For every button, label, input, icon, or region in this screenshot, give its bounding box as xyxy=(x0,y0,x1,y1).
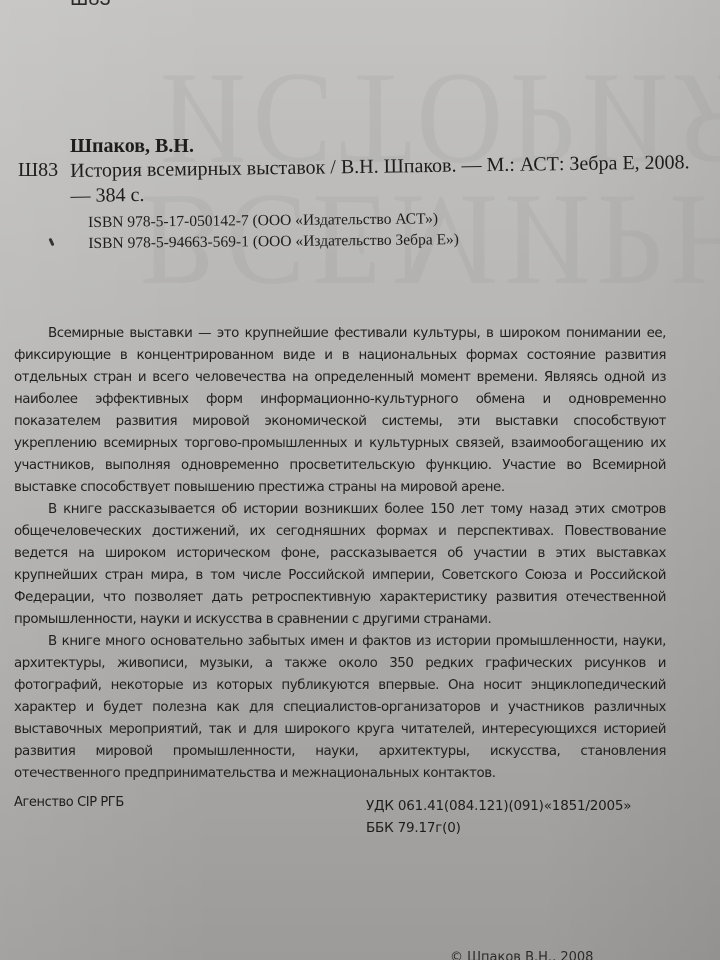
annotation-paragraph: Всемирные выставки — это крупнейшие фест… xyxy=(14,323,666,499)
classification-codes: УДК 061.41(084.121)(091)«1851/2005» ББК … xyxy=(366,795,631,839)
annotation-paragraph: В книге много основательно забытых имен … xyxy=(14,631,666,785)
top-class-code: Ш83 xyxy=(70,0,111,11)
book-annotation: Всемирные выставки — это крупнейшие фест… xyxy=(14,323,666,785)
cip-agency: Агенство CIP РГБ xyxy=(14,795,124,810)
annotation-paragraph: В книге рассказывается об истории возник… xyxy=(14,499,666,631)
ink-speck xyxy=(48,238,54,247)
isbn-zebra: ISBN 978-5-94663-569-1 (ООО «Издательств… xyxy=(88,229,459,254)
author-sign-code: Ш83 xyxy=(18,159,58,182)
copyright-line: © Шпаков В.Н., 2008 xyxy=(450,950,593,960)
bibliographic-citation: История всемирных выставок / В.Н. Шпаков… xyxy=(70,150,701,209)
isbn-list: ISBN 978-5-17-050142-7 (ООО «Издательств… xyxy=(88,208,459,254)
bbk-code: ББК 79.17г(0) xyxy=(366,817,631,839)
author-heading: Шпаков, В.Н. xyxy=(70,135,194,158)
udk-code: УДК 061.41(084.121)(091)«1851/2005» xyxy=(366,795,631,817)
